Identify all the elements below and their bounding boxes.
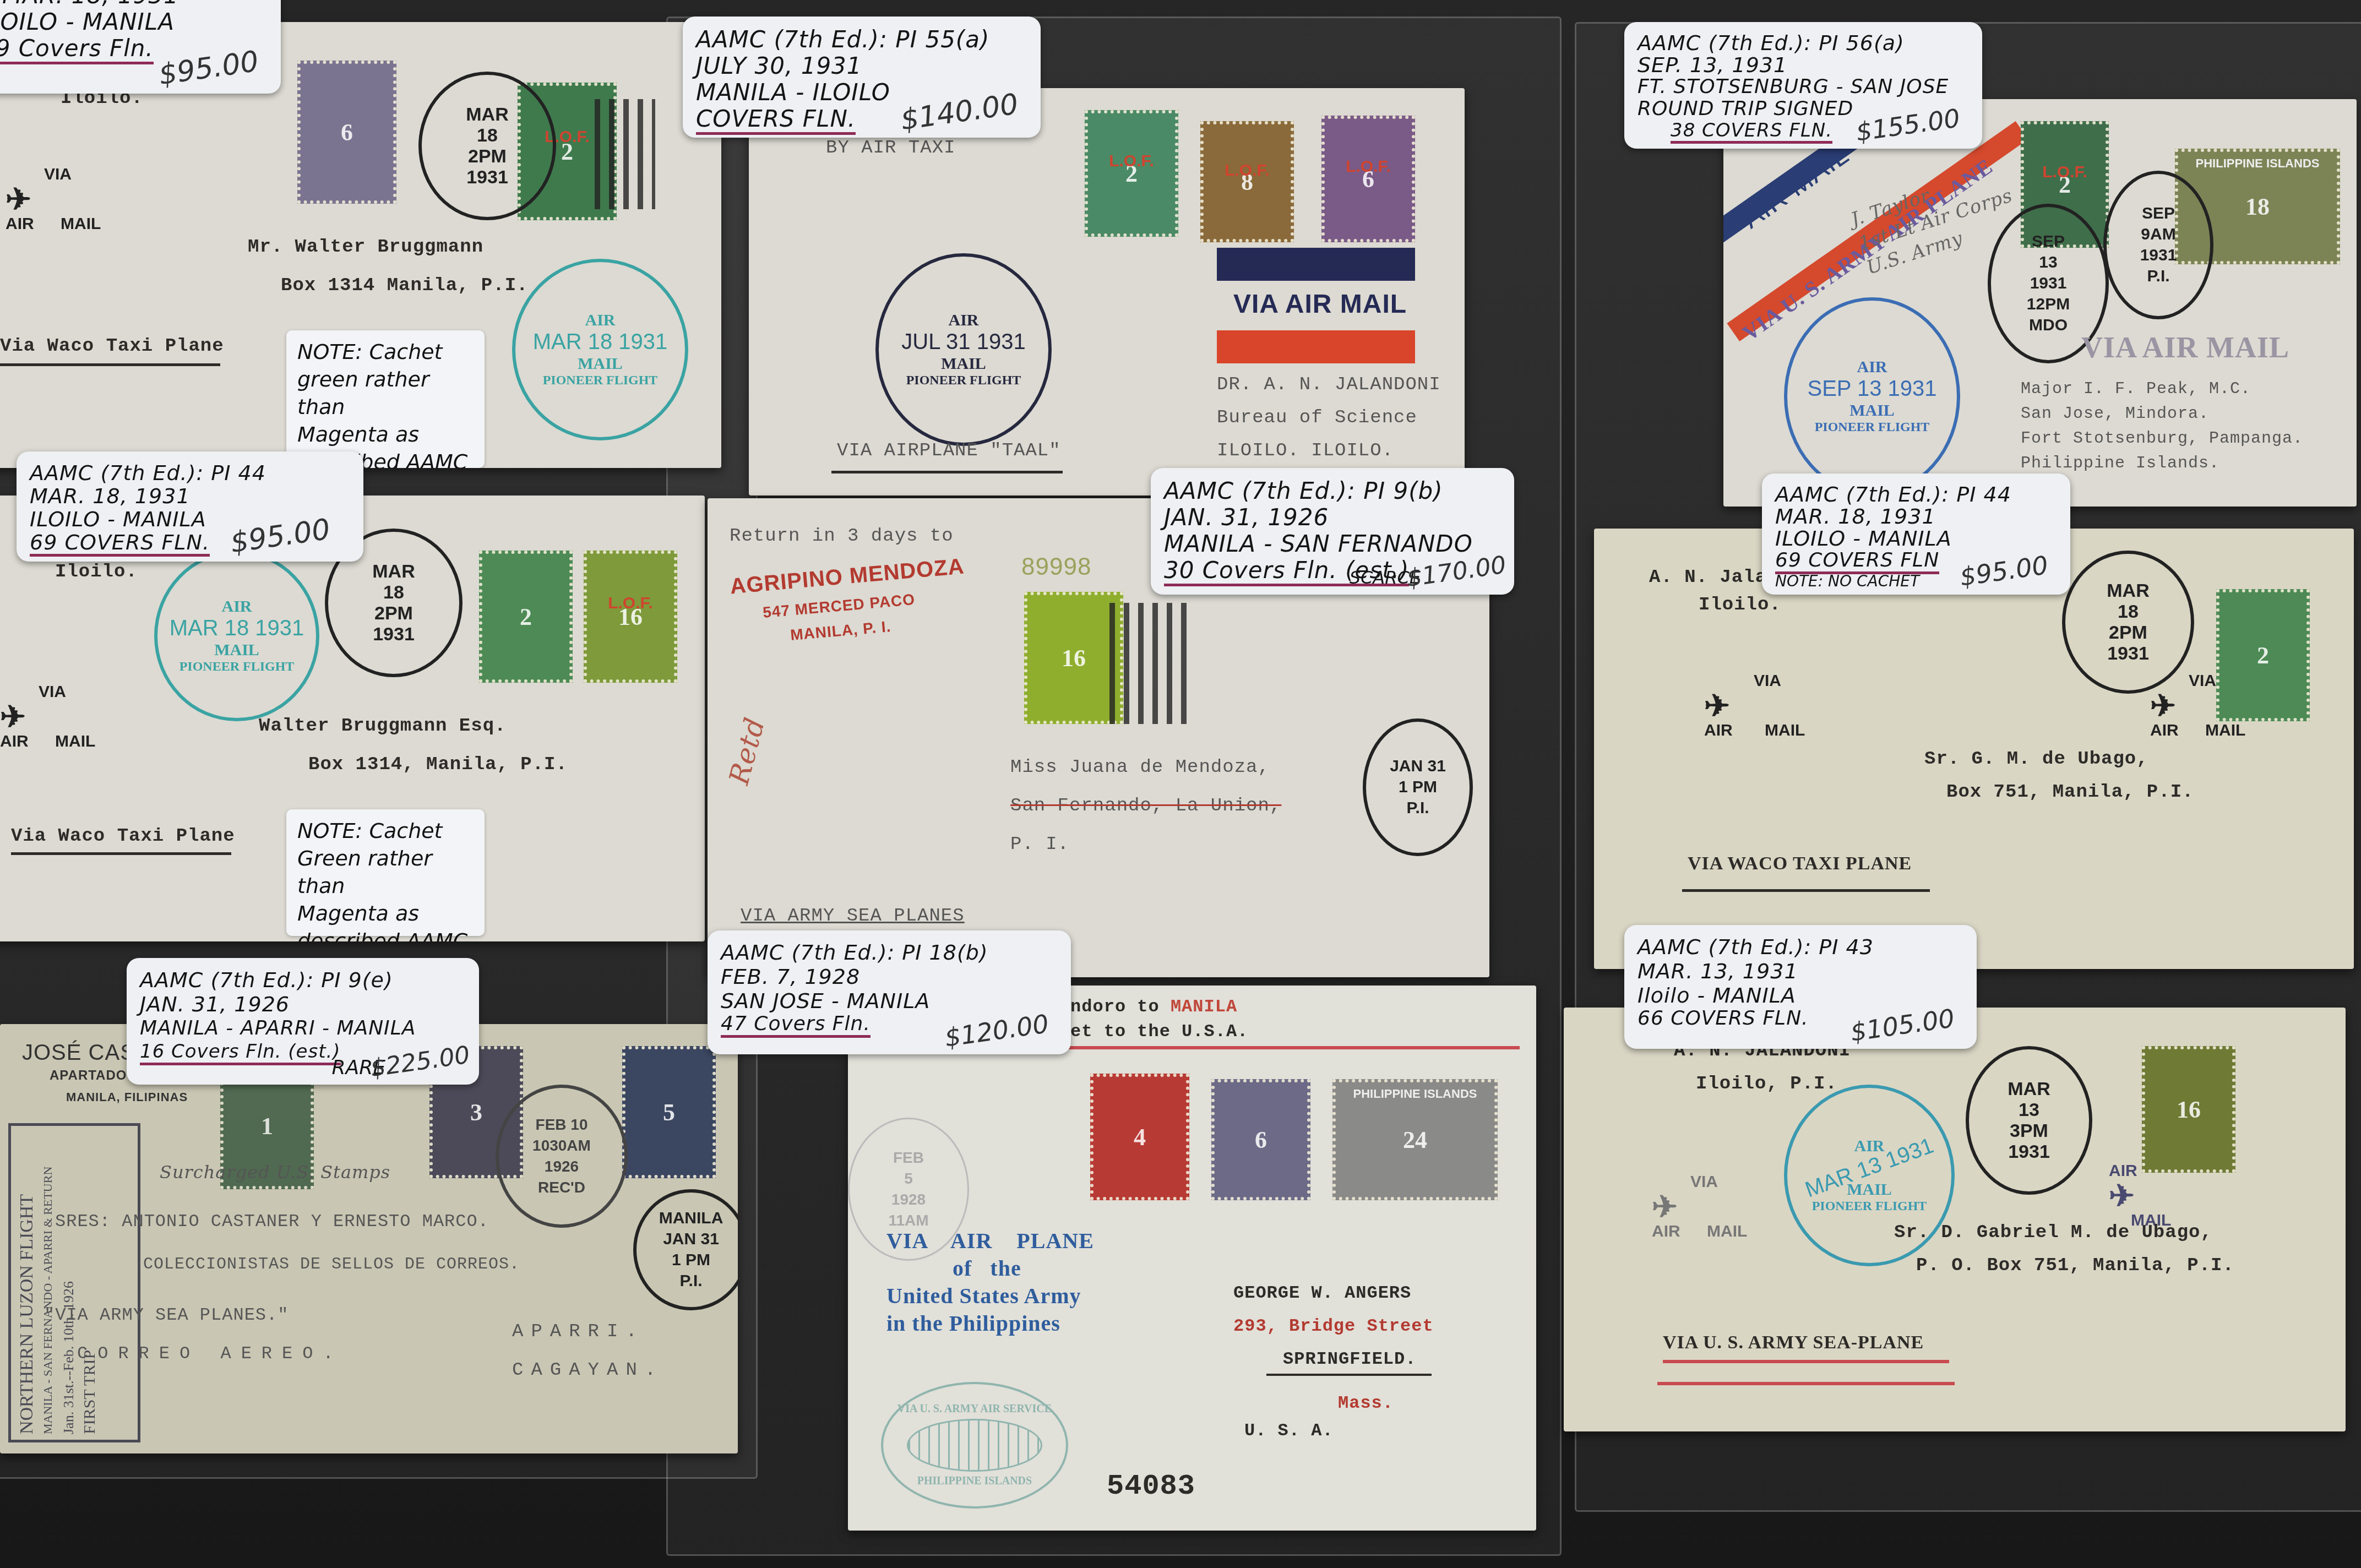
addressee-line-2: P. O. Box 751, Manila, P.I. [1916,1255,2234,1276]
addressee-line-2: Box 751, Manila, P.I. [1946,782,2194,803]
cover-2-label: AAMC (7th Ed.): PI 55(a) JULY 30, 1931 M… [683,17,1041,138]
handwritten-retd: Retd [723,714,771,788]
handwritten-note: Surcharged U.S. Stamps [160,1162,390,1183]
cover-3-label: AAMC (7th Ed.): PI 56(a) SEP. 13, 1931 F… [1624,22,1982,149]
addressee-line-2: Bureau of Science [1217,407,1417,428]
sender-text: Iloilo. [55,562,138,582]
cover-8-label: AAMC (7th Ed.): PI 18(b) FEB. 7, 1928 SA… [708,930,1071,1054]
destination-line-1: APARRI. [512,1321,645,1342]
route-note-2: CORREO AEREO. [77,1343,344,1364]
army-air-service-cachet: VIA U. S. ARMY AIR SERVICE PHILIPPINE IS… [881,1382,1068,1509]
via-line-3: United States Army [886,1283,1081,1309]
addressee-line-1: GEORGE W. ANGERS [1233,1283,1411,1303]
cover-9: A. N. JALANDONI Iloilo, P.I. AIRMAR 13 1… [1564,1008,2346,1431]
pioneer-flight-cachet: AIRMAR 18 1931MAILPIONEER FLIGHT [512,259,688,440]
cover-3: AIR MAIL VIA U. S. ARMY AIR PLANE J. Tay… [1723,99,2357,507]
addressee-line-1: Walter Bruggmann Esq. [259,716,506,737]
route-note: Via Waco Taxi Plane [0,336,224,357]
via-air-mail-stamped: VIA AIR MAIL [2081,330,2289,364]
killer-bars [1109,603,1187,724]
cover-1-label: MAR. 18, 1931 ILOILO - MANILA 69 Covers … [0,0,281,94]
northern-luzon-boxed-cachet: NORTHERN LUZON FLIGHT MANILA - SAN FERNA… [8,1123,140,1442]
addressee-line-4: Mass. [1338,1393,1394,1413]
postmark: JAN 311 PMP.I. [1363,718,1473,856]
addressee-line-1: Major I. F. Peak, M.C. [2021,380,2251,399]
air-mail-diagonal: AIR MAIL [1736,139,1854,235]
route-underline [11,852,231,855]
addressee-line-3: ILOILO. ILOILO. [1217,440,1394,461]
sender-street: 547 MERCED PACO [762,591,916,622]
route-note: VIA AIRPLANE "TAAL" [837,440,1061,461]
via-air-mail-mark: VIA✈AIR MAIL [1704,672,1805,740]
via-air-mail-mark: VIA✈AIR MAIL [6,165,101,233]
sender-city: MANILA, FILIPINAS [66,1090,188,1104]
addressee-line-2: 293, Bridge Street [1233,1316,1434,1336]
addressee-line-3: P. I. [1010,834,1069,855]
addressee-line-1: Mr. Walter Bruggmann [248,237,483,258]
route-underline [0,363,220,366]
destination-line-2: CAGAYAN. [512,1360,663,1381]
cachet-note: NOTE: Cachetgreen rather thanMagenta asd… [286,330,485,468]
addressee-line-1: Sr. G. M. de Ubago, [1924,749,2148,770]
airmail-band-red [1217,330,1415,363]
sender-name: AGRIPINO MENDOZA [729,554,965,599]
via-air-mail-mark-2: VIA✈AIR MAIL [2150,672,2245,740]
stamp-3: L.O.F.6 [1321,116,1415,242]
addressee-line-3: Fort Stotsenburg, Pampanga. [2021,429,2303,448]
route-note: VIA ARMY SEA PLANES [741,906,965,927]
killer-bars [595,99,655,209]
pioneer-flight-cachet: AIRMAR 18 1931MAILPIONEER FLIGHT [154,551,319,721]
cover-6-label: AAMC (7th Ed.): PI 44 MAR. 18, 1931 ILOI… [1762,473,2070,595]
via-line-4: in the Philippines [886,1310,1060,1336]
via-line-1: VIA AIR PLANE [886,1228,1094,1254]
address-underline [1266,1374,1432,1376]
addressee-line-3: SPRINGFIELD. [1283,1349,1416,1369]
header-text: BY AIR TAXI [826,138,955,159]
stamp-1: L.O.F.2 [1085,110,1178,237]
cover-2: BY AIR TAXI L.O.F.2 L.O.F.8 L.O.F.6 VIA … [749,88,1465,496]
via-air-mail-mark: VIA✈AIR MAIL [0,683,95,751]
route-underline-1 [1663,1360,1949,1363]
addressee-line-1: Sr. D. Gabriel M. de Ubago, [1894,1222,2212,1243]
stamp-1: 16 [2142,1046,2235,1173]
stamp-2: L.O.F.16 [584,551,677,683]
route-note: VIA WACO TAXI PLANE [1688,853,1912,874]
cover-8: NE from SAN JOSE (Mindoro to MANILA iste… [848,986,1536,1531]
via-line-2: of the [953,1255,1021,1281]
pioneer-flight-cachet: AIRJUL 31 1931MAILPIONEER FLIGHT [875,253,1052,446]
route-note: "VIA ARMY SEA PLANES." [44,1305,289,1325]
cachet-note: NOTE: CachetGreen rather thanMagenta asd… [286,809,485,936]
cover-4: Iloilo. AIRMAR 18 1931MAILPIONEER FLIGHT… [0,496,705,941]
stamp-1: 16 [1024,592,1123,724]
cover-5-label: AAMC (7th Ed.): PI 9(b) JAN. 31, 1926 MA… [1151,468,1514,595]
pioneer-flight-cachet: AIRSEP 13 1931MAILPIONEER FLIGHT [1784,297,1960,496]
sender-city: Iloilo, P.I. [1696,1074,1837,1095]
route-note: Via Waco Taxi Plane [11,826,235,847]
route-note: VIA U. S. ARMY SEA-PLANE [1663,1332,1924,1353]
via-air-mail-text: VIA AIR MAIL [1233,289,1407,319]
addressee-line-1: Miss Juana de Mendoza, [1010,757,1270,778]
stamp-1: 6 [297,61,396,204]
addressee-line-2: San Jose, Mindora. [2021,405,2209,423]
cover-6: A. N. Jalandoni Iloilo. MAR182PM1931 2 V… [1594,529,2354,969]
route-underline [831,471,1063,473]
addressee-line-2: Box 1314 Manila, P.I. [281,275,528,296]
cover-4-label: AAMC (7th Ed.): PI 44 MAR. 18, 1931 ILOI… [17,451,363,562]
addressee-line-1: DR. A. N. JALANDONI [1217,374,1441,395]
route-underline [1682,889,1930,892]
addressee-line-1: SRES: ANTONIO CASTANER Y ERNESTO MARCO. [55,1211,489,1232]
stamp-2: L.O.F.8 [1200,121,1294,242]
plate-number: 89998 [1021,553,1091,581]
addressee-line-5: U. S. A. [1244,1420,1334,1441]
stamp-1: 2 [479,551,573,683]
cover-7: JOSÉ CASTANER APARTADO No. 1978 MANILA, … [0,1024,738,1453]
addressee-line-4: Philippine Islands. [2021,454,2219,473]
addressee-line-2: Box 1314, Manila, P.I. [308,754,568,775]
postmark: MAR182PM1931 [418,72,556,220]
registry-number: 54083 [1107,1470,1195,1502]
sender-city: MANILA, P. I. [790,618,892,644]
via-air-mail-mark-2: AIR✈MAIL [2109,1162,2171,1230]
sender-city: Iloilo. [1699,595,1781,616]
cover-9-label: AAMC (7th Ed.): PI 43 MAR. 13, 1931 Iloi… [1624,925,1977,1049]
stamp-3: PHILIPPINE ISLANDS24 [1332,1079,1498,1200]
postmark-manila: MANILAJAN 311 PMP.I. [633,1189,738,1310]
route-underline-2 [1657,1382,1955,1385]
return-text: Return in 3 days to [730,526,954,547]
postmark-fort-stotsenburg: SEP9AM1931P.I. [2103,171,2213,319]
airmail-band-blue [1217,248,1415,281]
cover-7-label: AAMC (7th Ed.): PI 9(e) JAN. 31, 1926 MA… [127,958,479,1085]
stamp-3: 5 [622,1046,716,1178]
addressee-line-2: COLECCIONISTAS DE SELLOS DE CORREOS. [143,1255,520,1274]
addressee-line-2: San Fernando, La Union, [1010,796,1281,816]
stamp-1: 4 [1090,1074,1189,1200]
stamp-2: 6 [1211,1079,1310,1200]
postmark-received: FEB 101030AM1926REC'D [496,1085,628,1228]
via-air-mail-mark: VIA✈AIR MAIL [1652,1173,1747,1241]
postmark: MAR133PM1931 [1966,1046,2092,1195]
